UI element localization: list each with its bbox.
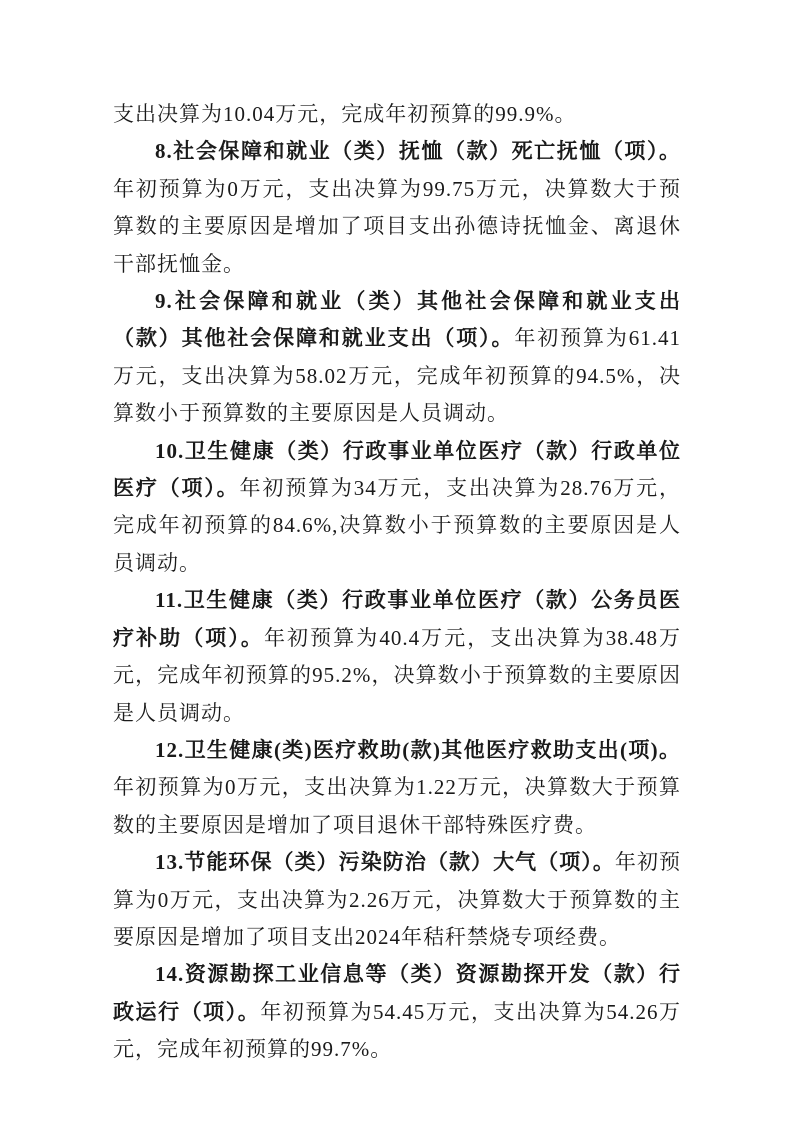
item8-heading: 8.社会保障和就业（类）抚恤（款）死亡抚恤（项）。: [155, 139, 681, 163]
item8-body: 年初预算为0万元，支出决算为99.75万元，决算数大于预算数的主要原因是增加了项…: [113, 177, 681, 276]
paragraph-item13: 13.节能环保（类）污染防治（款）大气（项）。年初预算为0万元，支出决算为2.2…: [113, 844, 681, 956]
item12-heading: 12.卫生健康(类)医疗救助(款)其他医疗救助支出(项)。: [155, 738, 681, 762]
paragraph-item11: 11.卫生健康（类）行政事业单位医疗（款）公务员医疗补助（项）。年初预算为40.…: [113, 582, 681, 732]
item13-heading: 13.节能环保（类）污染防治（款）大气（项）。: [155, 850, 615, 874]
paragraph-item10: 10.卫生健康（类）行政事业单位医疗（款）行政单位医疗（项）。年初预算为34万元…: [113, 433, 681, 583]
paragraph-item8: 8.社会保障和就业（类）抚恤（款）死亡抚恤（项）。年初预算为0万元，支出决算为9…: [113, 133, 681, 283]
document-page: 支出决算为10.04万元，完成年初预算的99.9%。 8.社会保障和就业（类）抚…: [0, 0, 794, 1122]
paragraph-item12: 12.卫生健康(类)医疗救助(款)其他医疗救助支出(项)。年初预算为0万元，支出…: [113, 732, 681, 844]
paragraph-item14: 14.资源勘探工业信息等（类）资源勘探开发（款）行政运行（项）。年初预算为54.…: [113, 956, 681, 1068]
paragraph-item7-continuation: 支出决算为10.04万元，完成年初预算的99.9%。: [113, 96, 681, 133]
item7-continuation-text: 支出决算为10.04万元，完成年初预算的99.9%。: [113, 102, 577, 126]
paragraph-item9: 9.社会保障和就业（类）其他社会保障和就业支出（款）其他社会保障和就业支出（项）…: [113, 283, 681, 433]
item12-body: 年初预算为0万元，支出决算为1.22万元，决算数大于预算数的主要原因是增加了项目…: [113, 775, 681, 836]
